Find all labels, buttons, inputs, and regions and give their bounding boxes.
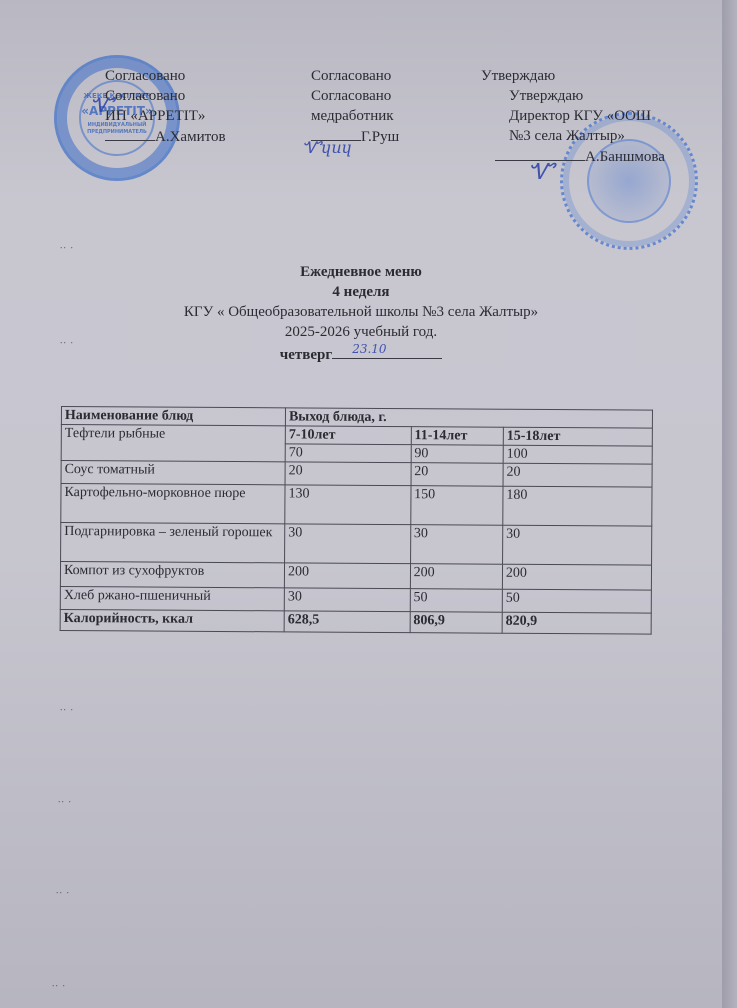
yield-cell: 20	[285, 462, 411, 486]
yield-cell: 30	[410, 525, 502, 565]
background-surface	[722, 0, 737, 1008]
signer-name: А.Баншмова	[585, 149, 665, 165]
yield-cell: 200	[284, 563, 410, 589]
approval-label: Согласовано	[311, 86, 399, 106]
approval-director: Утверждаю Утверждаю Директор КГУ «ООШ №3…	[481, 66, 665, 167]
menu-title-block: Ежедневное меню 4 неделя КГУ « Общеобраз…	[0, 262, 722, 365]
yield-cell: 90	[411, 445, 503, 464]
dish-name: Тефтели рыбные	[61, 425, 285, 462]
approval-signer-line: Г.Руш	[311, 126, 399, 147]
table-row: Картофельно-морковное пюре 130 150 180	[61, 484, 652, 527]
approval-role: Директор КГУ «ООШ	[509, 106, 665, 126]
approval-role: медработник	[311, 106, 399, 126]
approval-medic: Согласовано Согласовано медработник Г.Ру…	[311, 66, 399, 147]
yield-cell: 100	[503, 445, 652, 464]
yield-cell: 180	[503, 486, 652, 526]
approval-signer-line: А.Хамитов	[105, 126, 226, 147]
dish-name: Хлеб ржано-пшеничный	[60, 586, 284, 610]
approval-signer-line: А.Баншмова	[495, 146, 665, 167]
date-field: 23.10	[332, 342, 442, 359]
age-group-header: 15-18лет	[503, 427, 652, 446]
age-group-header: 11-14лет	[411, 427, 503, 446]
menu-table: Наименование блюд Выход блюда, г. Тефтел…	[60, 406, 653, 635]
scan-artifact: ∙∙ ∙	[60, 705, 74, 716]
header-dish-name: Наименование блюд	[61, 407, 285, 426]
total-cell: 628,5	[284, 611, 410, 633]
day-label: четверг	[280, 347, 332, 363]
table-total-row: Калорийность, ккал 628,5 806,9 820,9	[60, 609, 651, 634]
yield-cell: 30	[285, 524, 411, 564]
scan-artifact: ∙∙ ∙	[56, 888, 70, 899]
dish-name: Картофельно-морковное пюре	[61, 484, 285, 524]
total-cell: 820,9	[502, 612, 651, 634]
approval-label: Согласовано	[105, 66, 226, 86]
approval-org: ИП «APPETIT»	[105, 106, 226, 126]
table-row: Тефтели рыбные 7-10лет 11-14лет 15-18лет	[61, 425, 652, 447]
approval-supplier: Согласовано Согласовано ИП «APPETIT» А.Х…	[105, 66, 226, 147]
yield-cell: 70	[285, 444, 411, 463]
approval-label: Согласовано	[311, 66, 399, 86]
dish-name: Соус томатный	[61, 461, 285, 485]
table-row: Подгарнировка – зеленый горошек 30 30 30	[61, 523, 652, 566]
header-yield: Выход блюда, г.	[285, 408, 652, 428]
approval-label: Согласовано	[105, 86, 226, 106]
table-row: Компот из сухофруктов 200 200 200	[60, 562, 651, 591]
scan-artifact: ∙∙ ∙	[58, 797, 72, 808]
yield-cell: 150	[411, 486, 503, 526]
approval-org: №3 села Жалтыр»	[509, 126, 665, 146]
approval-label: Утверждаю	[481, 66, 665, 86]
signature-line	[495, 146, 585, 161]
yield-cell: 130	[285, 485, 411, 525]
yield-cell: 20	[503, 463, 652, 487]
yield-cell: 50	[410, 589, 502, 613]
dish-name: Подгарнировка – зеленый горошек	[61, 523, 285, 563]
signature-line	[105, 126, 155, 141]
signer-name: Г.Руш	[361, 129, 399, 145]
scan-artifact: ∙∙ ∙	[60, 243, 74, 254]
age-group-header: 7-10лет	[285, 426, 411, 445]
signature-line	[311, 126, 361, 141]
yield-cell: 200	[502, 564, 651, 590]
total-label: Калорийность, ккал	[60, 609, 284, 631]
dish-name: Компот из сухофруктов	[60, 562, 284, 588]
total-cell: 806,9	[410, 612, 502, 634]
page-title: Ежедневное меню	[0, 262, 722, 282]
signer-name: А.Хамитов	[155, 129, 226, 145]
yield-cell: 50	[502, 589, 651, 613]
week-label: 4 неделя	[0, 282, 722, 302]
day-line: четверг23.10	[0, 342, 722, 365]
yield-cell: 30	[502, 525, 651, 565]
approval-label: Утверждаю	[509, 86, 665, 106]
yield-cell: 20	[411, 463, 503, 487]
yield-cell: 200	[410, 564, 502, 590]
date-handwritten: 23.10	[352, 339, 386, 359]
scan-artifact: ∙∙ ∙	[52, 981, 66, 992]
yield-cell: 30	[284, 588, 410, 612]
school-name: КГУ « Общеобразовательной школы №3 села …	[0, 302, 722, 322]
scan-artifact: ∙∙ ∙	[60, 338, 74, 349]
